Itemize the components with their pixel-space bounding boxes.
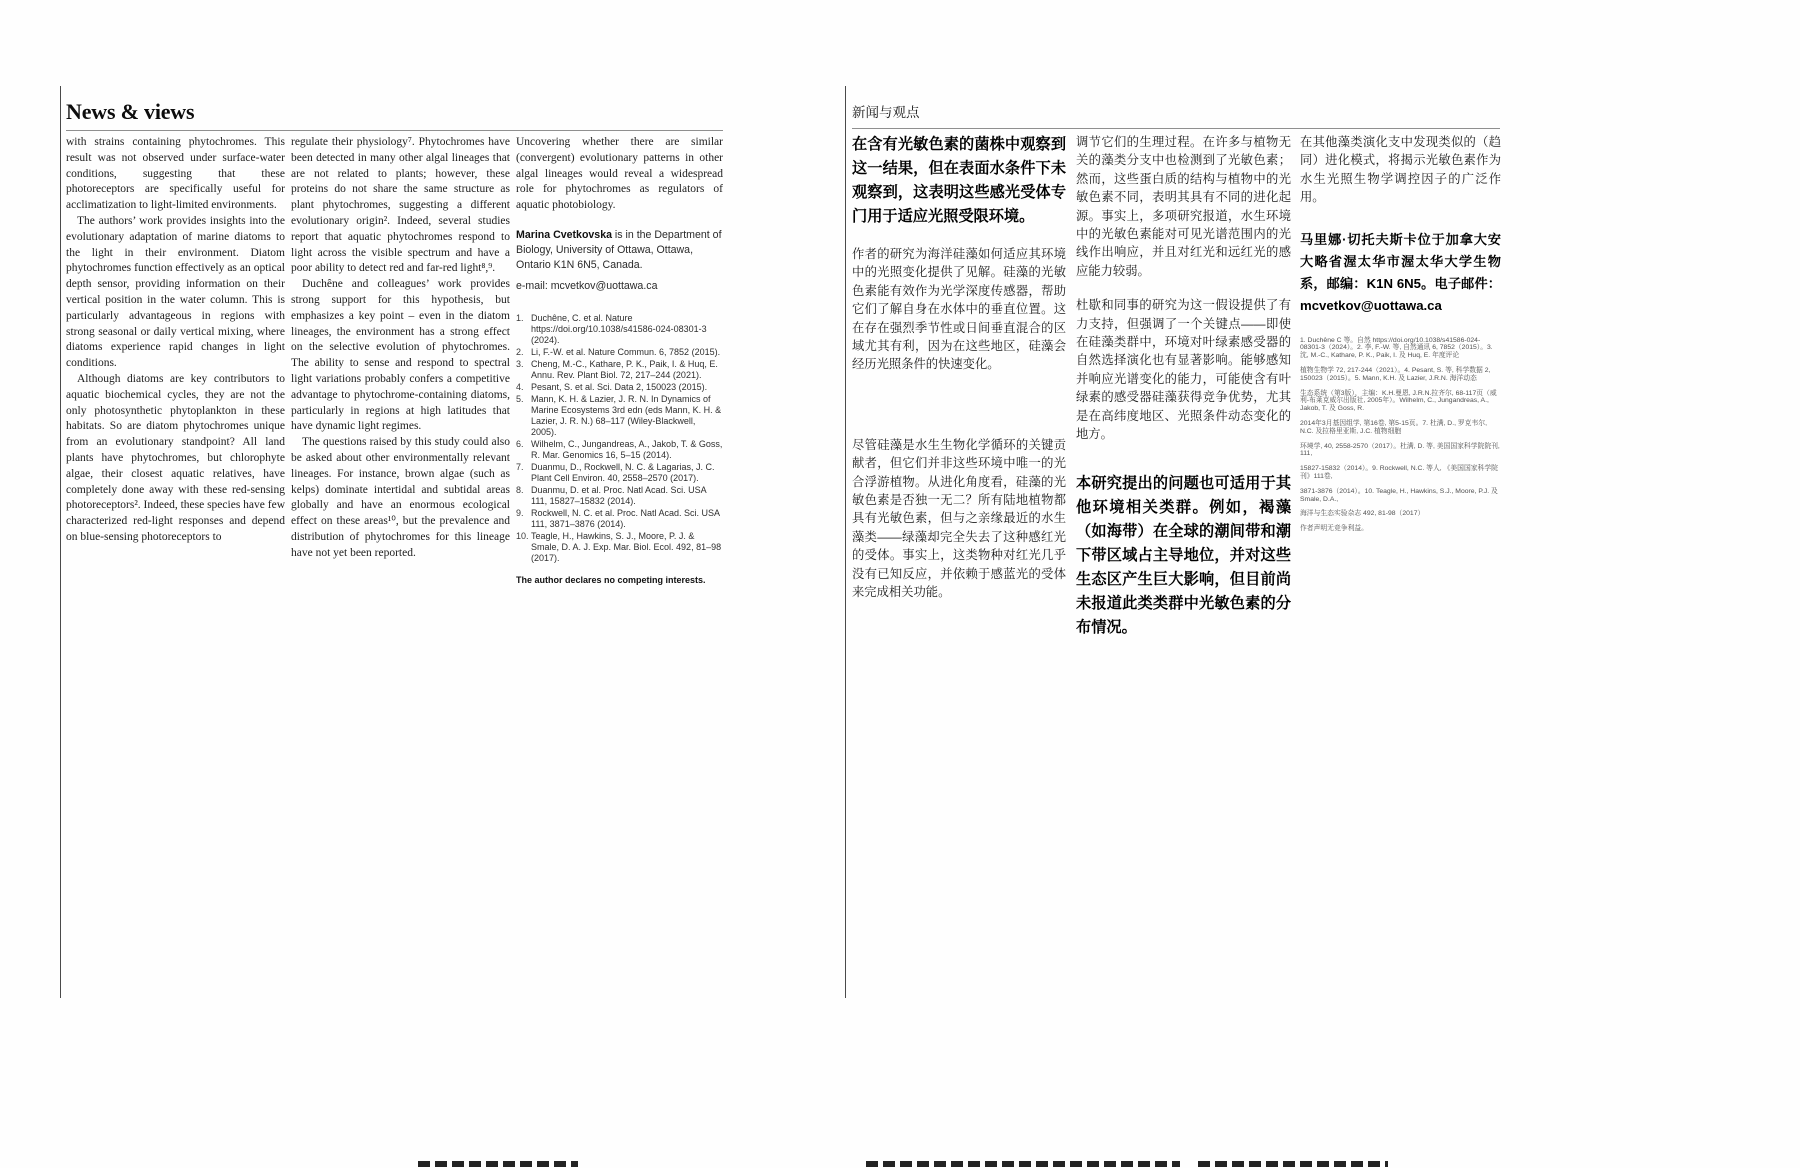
right-page-edge-rule bbox=[845, 86, 846, 998]
paragraph: Duchêne and colleagues’ work provides st… bbox=[291, 277, 510, 435]
cn-column-3: 在其他藻类演化支中发现类似的（趋同）进化模式，将揭示光敏色素作为水生光照生物学调… bbox=[1300, 133, 1501, 540]
standfirst-paragraph: 本研究提出的问题也可适用于其他环境相关类群。例如，褐藻（如海带）在全球的潮间带和… bbox=[1076, 472, 1291, 640]
cn-reference-block: 生态系统（第3版），主编：K.H.曼恩, J.R.N.拉齐尔, 68-117页（… bbox=[1300, 390, 1501, 413]
paragraph: with strains containing phytochromes. Th… bbox=[66, 135, 285, 214]
reference-item: 1. Duchêne, C. et al. Nature https://doi… bbox=[516, 313, 723, 346]
paragraph: The authors’ work provides insights into… bbox=[66, 214, 285, 372]
paragraph: Although diatoms are key contributors to… bbox=[66, 372, 285, 546]
reference-item: 10. Teagle, H., Hawkins, S. J., Moore, P… bbox=[516, 531, 723, 564]
reference-number: 10. bbox=[516, 531, 531, 564]
reference-item: 3. Cheng, M.-C., Kathare, P. K., Paik, I… bbox=[516, 359, 723, 381]
reference-text: Wilhelm, C., Jungandreas, A., Jakob, T. … bbox=[531, 439, 723, 461]
reference-text: Duanmu, D. et al. Proc. Natl Acad. Sci. … bbox=[531, 485, 723, 507]
cut-off-text-fragment bbox=[866, 1161, 1180, 1167]
cut-off-text-fragment bbox=[418, 1161, 578, 1167]
competing-interests-note: The author declares no competing interes… bbox=[516, 575, 723, 586]
reference-text: Rockwell, N. C. et al. Proc. Natl Acad. … bbox=[531, 508, 723, 530]
reference-item: 9. Rockwell, N. C. et al. Proc. Natl Aca… bbox=[516, 508, 723, 530]
reference-number: 6. bbox=[516, 439, 531, 461]
reference-text: Teagle, H., Hawkins, S. J., Moore, P. J.… bbox=[531, 531, 723, 564]
section-header-cn: 新闻与观点 bbox=[852, 104, 920, 122]
reference-text: Li, F.-W. et al. Nature Commun. 6, 7852 … bbox=[531, 347, 723, 358]
reference-number: 1. bbox=[516, 313, 531, 346]
references-list: 1. Duchêne, C. et al. Nature https://doi… bbox=[516, 313, 723, 564]
paragraph: regulate their physiology⁷. Phytochromes… bbox=[291, 135, 510, 277]
paragraph: The questions raised by this study could… bbox=[291, 435, 510, 561]
standfirst-paragraph: 在含有光敏色素的菌株中观察到这一结果，但在表面水条件下未观察到，这表明这些感光受… bbox=[852, 133, 1066, 229]
section-header: News & views bbox=[66, 100, 194, 124]
cn-reference-block: 海洋与生态实验杂志 492, 81-98（2017） bbox=[1300, 510, 1501, 518]
cn-reference-block: 环境学, 40, 2558-2570（2017）。杜满, D. 等, 美国国家科… bbox=[1300, 443, 1501, 459]
reference-number: 7. bbox=[516, 462, 531, 484]
cn-reference-block: 15827-15832（2014）。9. Rockwell, N.C. 等人, … bbox=[1300, 465, 1501, 481]
reference-number: 5. bbox=[516, 394, 531, 438]
reference-number: 4. bbox=[516, 382, 531, 393]
column-3: Uncovering whether there are similar (co… bbox=[516, 135, 723, 586]
paragraph: 尽管硅藻是水生生物化学循环的关键贡献者，但它们并非这些环境中唯一的光合浮游植物。… bbox=[852, 436, 1066, 602]
reference-text: Duanmu, D., Rockwell, N. C. & Lagarias, … bbox=[531, 462, 723, 484]
cn-reference-block: 1. Duchêne C 等。自然 https://doi.org/10.103… bbox=[1300, 337, 1501, 360]
cn-column-1: 在含有光敏色素的菌株中观察到这一结果，但在表面水条件下未观察到，这表明这些感光受… bbox=[852, 133, 1066, 602]
reference-text: Cheng, M.-C., Kathare, P. K., Paik, I. &… bbox=[531, 359, 723, 381]
reference-item: 5. Mann, K. H. & Lazier, J. R. N. In Dyn… bbox=[516, 394, 723, 438]
cut-off-text-fragment bbox=[1198, 1161, 1388, 1167]
reference-item: 4. Pesant, S. et al. Sci. Data 2, 150023… bbox=[516, 382, 723, 393]
author-affiliation-cn[interactable]: 马里娜·切托夫斯卡位于加拿大安大略省渥太华市渥太华大学生物系，邮编：K1N 6N… bbox=[1300, 229, 1501, 317]
cn-column-2: 调节它们的生理过程。在许多与植物无关的藻类分支中也检测到了光敏色素；然而，这些蛋… bbox=[1076, 133, 1291, 640]
cn-reference-block: 植物生物学 72, 217-244（2021）。4. Pesant, S. 等,… bbox=[1300, 367, 1501, 383]
author-name: Marina Cvetkovska bbox=[516, 229, 612, 241]
author-affiliation: Marina Cvetkovska is in the Department o… bbox=[516, 228, 723, 273]
reference-number: 9. bbox=[516, 508, 531, 530]
cn-reference-block: 作者声明无竞争利益。 bbox=[1300, 525, 1501, 533]
reference-item: 8. Duanmu, D. et al. Proc. Natl Acad. Sc… bbox=[516, 485, 723, 507]
journal-spread: News & views with strains containing phy… bbox=[0, 0, 1800, 1168]
reference-text: Mann, K. H. & Lazier, J. R. N. In Dynami… bbox=[531, 394, 723, 438]
header-rule-cn bbox=[852, 128, 1500, 129]
reference-text: Pesant, S. et al. Sci. Data 2, 150023 (2… bbox=[531, 382, 723, 393]
cn-reference-block: 2014年3月基因组学, 第16卷, 第5-15页。7. 杜满, D., 罗克韦… bbox=[1300, 420, 1501, 436]
closing-paragraph: Uncovering whether there are similar (co… bbox=[516, 135, 723, 214]
left-page-edge-rule bbox=[60, 86, 61, 998]
paragraph: 作者的研究为海洋硅藻如何适应其环境中的光照变化提供了见解。硅藻的光敏色素能有效作… bbox=[852, 245, 1066, 374]
cn-reference-block: 3871-3876（2014）。10. Teagle, H., Hawkins,… bbox=[1300, 488, 1501, 504]
paragraph: 调节它们的生理过程。在许多与植物无关的藻类分支中也检测到了光敏色素；然而，这些蛋… bbox=[1076, 133, 1291, 280]
reference-item: 6. Wilhelm, C., Jungandreas, A., Jakob, … bbox=[516, 439, 723, 461]
reference-item: 2. Li, F.-W. et al. Nature Commun. 6, 78… bbox=[516, 347, 723, 358]
reference-number: 3. bbox=[516, 359, 531, 381]
header-rule bbox=[66, 130, 723, 131]
reference-number: 8. bbox=[516, 485, 531, 507]
reference-item: 7. Duanmu, D., Rockwell, N. C. & Lagaria… bbox=[516, 462, 723, 484]
paragraph: 杜歇和同事的研究为这一假设提供了有力支持，但强调了一个关键点——即使在硅藻类群中… bbox=[1076, 296, 1291, 443]
author-email[interactable]: e-mail: mcvetkov@uottawa.ca bbox=[516, 279, 723, 294]
reference-number: 2. bbox=[516, 347, 531, 358]
column-1: with strains containing phytochromes. Th… bbox=[66, 135, 285, 546]
cn-references-list: 1. Duchêne C 等。自然 https://doi.org/10.103… bbox=[1300, 337, 1501, 533]
column-2: regulate their physiology⁷. Phytochromes… bbox=[291, 135, 510, 562]
closing-paragraph: 在其他藻类演化支中发现类似的（趋同）进化模式，将揭示光敏色素作为水生光照生物学调… bbox=[1300, 133, 1501, 207]
reference-text: Duchêne, C. et al. Nature https://doi.or… bbox=[531, 313, 723, 346]
